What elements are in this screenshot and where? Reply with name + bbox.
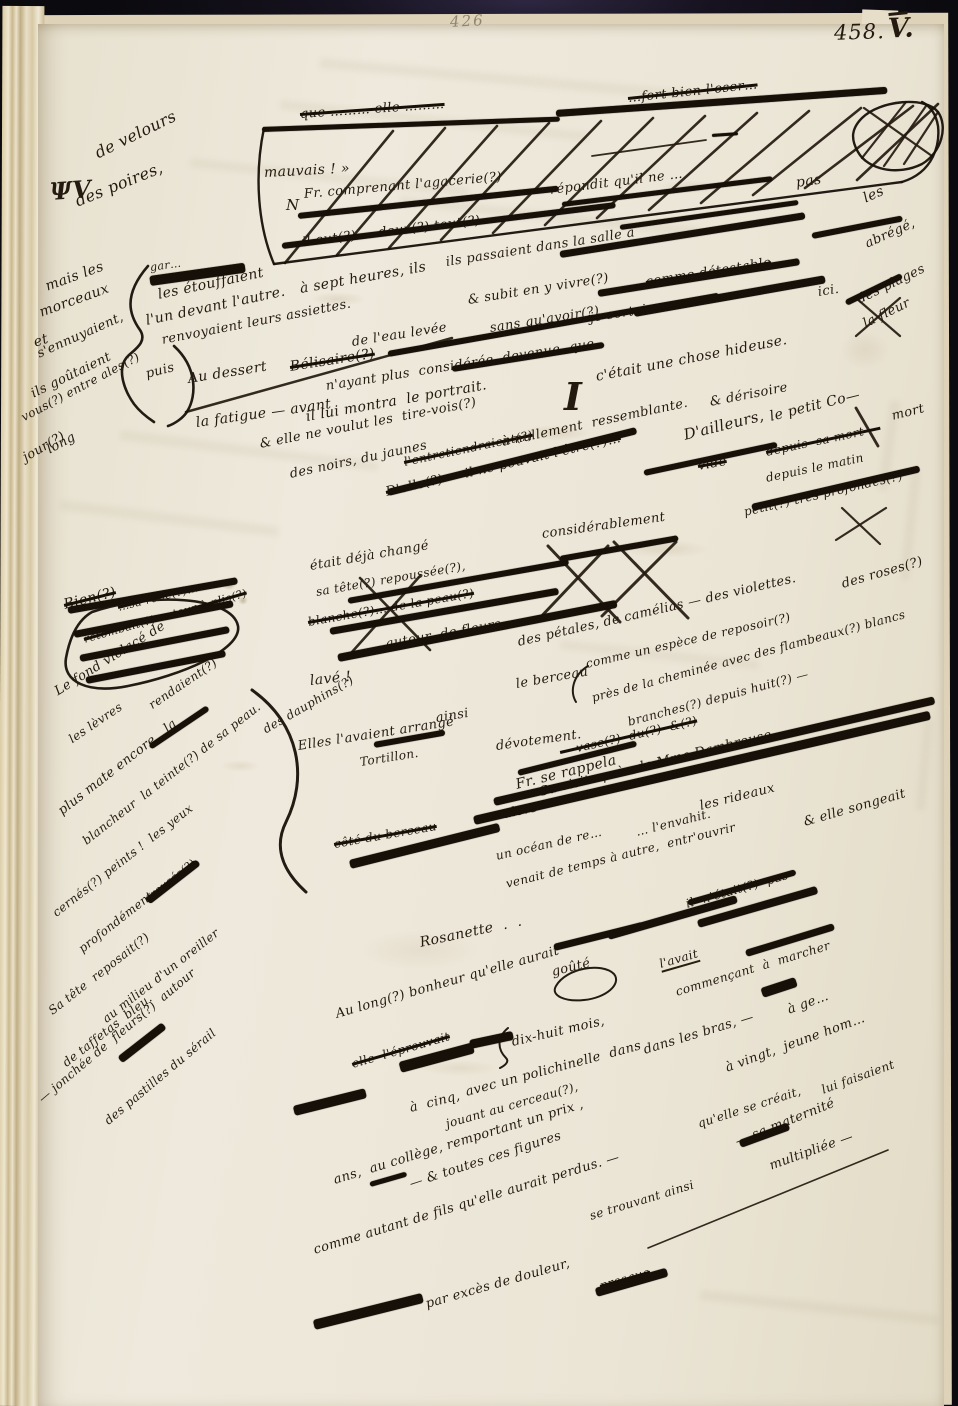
- manuscript-line: D'ailleurs,: [682, 408, 765, 442]
- manuscript-line: dix-huit mois,: [511, 1015, 606, 1049]
- manuscript-line: mauvais ! »: [264, 162, 351, 180]
- manuscript-line: le berceau: [515, 665, 589, 691]
- manuscript-line: les lèvres: [67, 701, 125, 745]
- manuscript-line: à ge…: [786, 990, 831, 1017]
- manuscript-line: au milieu d'un oreiller: [100, 927, 221, 1025]
- manuscript-line: Au dessert: [187, 360, 268, 386]
- manuscript-line: & elle songeait: [802, 787, 907, 829]
- ink-strike-mark: [712, 132, 738, 137]
- manuscript-line: se trouvant ainsi: [588, 1179, 695, 1222]
- manuscript-line: venait de temps à autre, entr'ouvrir: [505, 821, 737, 890]
- manuscript-line: que ……… elle ………: [300, 98, 445, 121]
- manuscript-line: à sept heures, ils: [299, 260, 428, 296]
- manuscript-line: c'était une chose hideuse.: [595, 333, 789, 384]
- manuscript-line: depuis sa mort —: [765, 422, 882, 458]
- ink-strike-mark: [559, 535, 678, 562]
- ink-strike-mark: [469, 1031, 514, 1049]
- manuscript-line: Au long(?) bonheur qu'elle aurait: [334, 944, 561, 1020]
- manuscript-line: — jonchée de fleurs(?) autour: [36, 966, 197, 1104]
- manuscript-line: ainsi: [435, 707, 470, 725]
- manuscript-line: & dérisoire: [709, 381, 789, 409]
- chapter-numeral: V.: [887, 13, 914, 45]
- manuscript-line: à cinq,: [408, 1090, 461, 1115]
- manuscript-line: pas: [795, 172, 822, 189]
- manuscript-line: les: [861, 184, 886, 205]
- manuscript-line: I: [564, 378, 582, 416]
- ink-strike-mark: [313, 1293, 424, 1330]
- ink-strike-mark: [293, 1088, 367, 1116]
- ink-strike-mark: [760, 977, 797, 998]
- manuscript-line: l'avait: [658, 947, 700, 972]
- manuscript-line: mort: [890, 402, 925, 423]
- manuscript-line: des dauphins(?): [261, 674, 356, 736]
- manuscript-line: depuis le matin: [765, 451, 865, 483]
- manuscript-line: Bélisaire(?): [289, 347, 376, 374]
- manuscript-line: & subit en y vivre(?): [467, 272, 610, 307]
- manuscript-line: de taffetas bleu.: [60, 992, 154, 1069]
- manuscript-line: Tortillon.: [359, 747, 419, 768]
- folio-number-pencil: 426: [450, 11, 486, 31]
- folio-number-ink: 458.: [834, 19, 886, 45]
- manuscript-line: gar…: [149, 258, 182, 273]
- ink-strike-mark: [620, 200, 799, 230]
- manuscript-photo: ΨVde veloursdes poires,que ……… elle ……………: [0, 0, 958, 1406]
- manuscript-line: des roses(?): [840, 555, 924, 591]
- ink-strike-mark: [146, 859, 201, 904]
- manuscript-line: goûté: [550, 957, 591, 979]
- manuscript-line: lui faisaient: [820, 1058, 896, 1095]
- manuscript-line: de velours: [92, 108, 178, 161]
- manuscript-line: par excès de douleur,: [424, 1257, 571, 1311]
- manuscript-line: dans les bras, —: [642, 1011, 755, 1057]
- manuscript-line: Rosanette . .: [419, 915, 524, 950]
- manuscript-line: N: [286, 198, 300, 213]
- manuscript-line: considérablement: [541, 511, 666, 541]
- manuscript-line: des plages: [855, 262, 927, 306]
- handwriting-layer: ΨVde veloursdes poires,que ……… elle ……………: [0, 0, 958, 1406]
- manuscript-line: ici.: [817, 283, 840, 299]
- manuscript-line: les rideaux: [698, 782, 776, 813]
- manuscript-line: multipliée —: [768, 1130, 855, 1172]
- manuscript-line: puis: [144, 361, 175, 381]
